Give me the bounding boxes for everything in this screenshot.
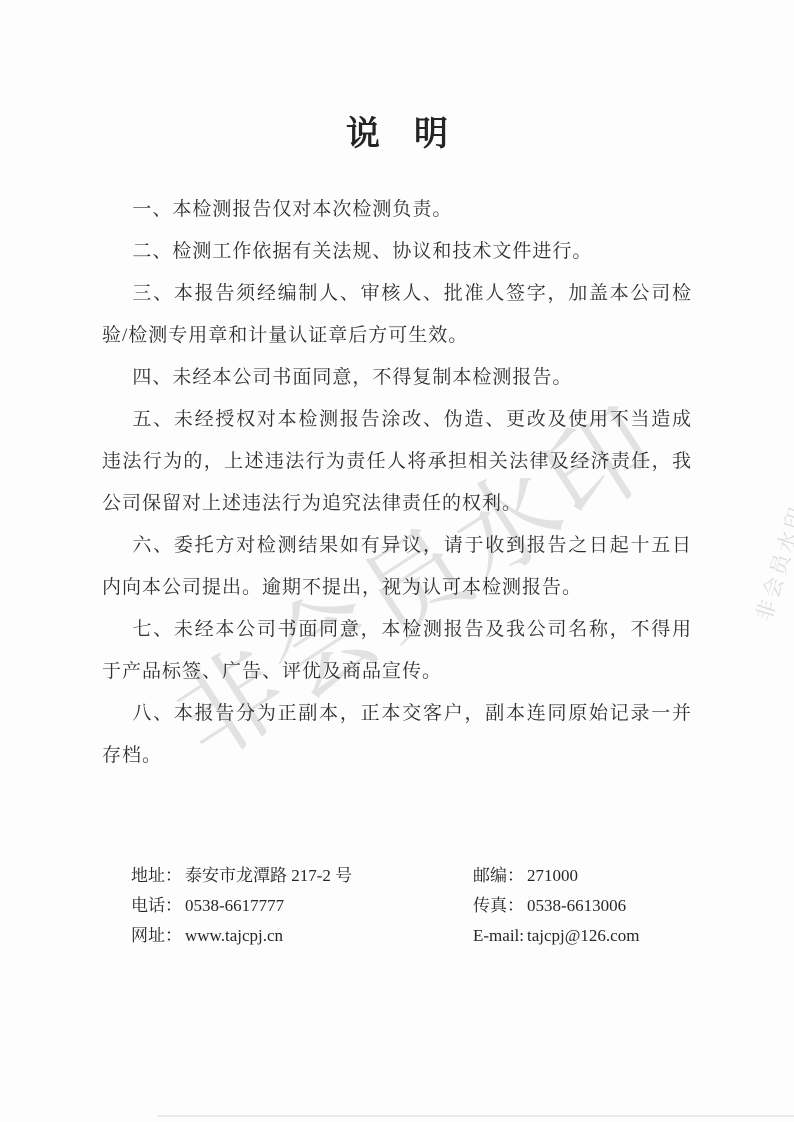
contact-column-left: 地址：泰安市龙潭路 217-2 号 电话：0538-6617777 网址：www… [131,861,352,951]
note-item-8: 八、本报告分为正副本，正本交客户，副本连同原始记录一并存档。 [102,693,692,777]
phone-row: 电话：0538-6617777 [131,891,352,921]
notes-list: 一、本检测报告仅对本次检测负责。 二、检测工作依据有关法规、协议和技术文件进行。… [102,189,692,777]
note-item-5: 五、未经授权对本检测报告涂改、伪造、更改及使用不当造成违法行为的，上述违法行为责… [102,399,692,525]
address-label: 地址： [131,866,182,885]
website-value: www.tajcpj.cn [185,926,283,945]
note-item-2: 二、检测工作依据有关法规、协议和技术文件进行。 [102,231,692,273]
email-value: tajcpj@126.com [527,926,639,945]
note-item-4: 四、未经本公司书面同意，不得复制本检测报告。 [102,357,692,399]
scan-artifact-line [158,1115,794,1117]
edge-watermark: 非会员水印 [748,501,794,625]
postcode-value: 271000 [527,866,578,885]
phone-label: 电话： [131,896,182,915]
phone-value: 0538-6617777 [185,896,284,915]
website-label: 网址： [131,926,182,945]
note-item-1: 一、本检测报告仅对本次检测负责。 [102,189,692,231]
postcode-row: 邮编：271000 [473,861,639,891]
address-row: 地址：泰安市龙潭路 217-2 号 [131,861,352,891]
fax-value: 0538-6613006 [527,896,626,915]
postcode-label: 邮编： [473,866,524,885]
page-title: 说 明 [0,0,794,155]
email-label: E-mail: [473,926,524,945]
document-page: 非会员水印 非会员水印 说 明 一、本检测报告仅对本次检测负责。 二、检测工作依… [0,0,794,1122]
email-row: E-mail:tajcpj@126.com [473,921,639,951]
note-item-3: 三、本报告须经编制人、审核人、批准人签字，加盖本公司检验/检测专用章和计量认证章… [102,273,692,357]
fax-label: 传真： [473,896,524,915]
website-row: 网址：www.tajcpj.cn [131,921,352,951]
fax-row: 传真：0538-6613006 [473,891,639,921]
address-value: 泰安市龙潭路 217-2 号 [185,866,352,885]
contact-column-right: 邮编：271000 传真：0538-6613006 E-mail:tajcpj@… [473,861,639,951]
note-item-7: 七、未经本公司书面同意，本检测报告及我公司名称，不得用于产品标签、广告、评优及商… [102,609,692,693]
note-item-6: 六、委托方对检测结果如有异议，请于收到报告之日起十五日内向本公司提出。逾期不提出… [102,525,692,609]
